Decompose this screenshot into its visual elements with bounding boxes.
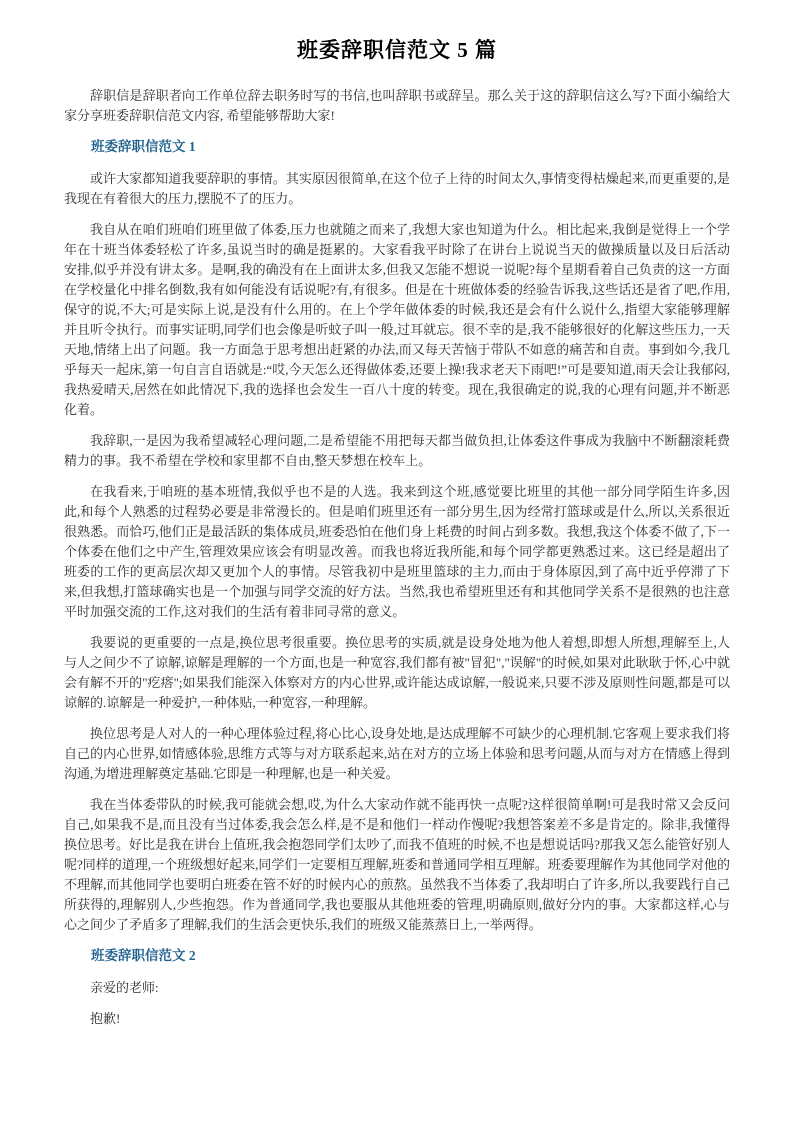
section-1-paragraph-2: 我自从在咱们班咱们班里做了体委,压力也就随之而来了,我想大家也知道为什么。相比起…: [64, 220, 730, 420]
section-1-paragraph-6: 换位思考是人对人的一种心理体验过程,将心比心,设身处地,是达成理解不可缺少的心理…: [64, 724, 730, 784]
intro-paragraph: 辞职信是辞职者向工作单位辞去职务时写的书信,也叫辞职书或辞呈。那么关于这的辞职信…: [64, 86, 730, 126]
section-1-paragraph-1: 或许大家都知道我要辞职的事情。其实原因很简单,在这个位子上待的时间太久,事情变得…: [64, 169, 730, 209]
section-1-paragraph-7: 我在当体委带队的时候,我可能就会想,哎,为什么大家动作就不能再快一点呢?这样很简…: [64, 795, 730, 935]
section-2-heading: 班委辞职信范文 2: [64, 946, 730, 966]
section-1-paragraph-4: 在我看来,于咱班的基本班情,我似乎也不是的人选。我来到这个班,感觉要比班里的其他…: [64, 482, 730, 622]
section-1-heading: 班委辞职信范文 1: [64, 137, 730, 157]
section-1-paragraph-3: 我辞职,一是因为我希望减轻心理问题,二是希望能不用把每天都当做负担,让体委这件事…: [64, 431, 730, 471]
document-title: 班委辞职信范文 5 篇: [64, 36, 730, 64]
document-page: 班委辞职信范文 5 篇 辞职信是辞职者向工作单位辞去职务时写的书信,也叫辞职书或…: [0, 0, 794, 1123]
section-2-paragraph-apology: 抱歉!: [64, 1009, 730, 1029]
section-2-salutation: 亲爱的老师:: [64, 978, 730, 998]
section-1-paragraph-5: 我要说的更重要的一点是,换位思考很重要。换位思考的实质,就是设身处地为他人着想,…: [64, 633, 730, 713]
